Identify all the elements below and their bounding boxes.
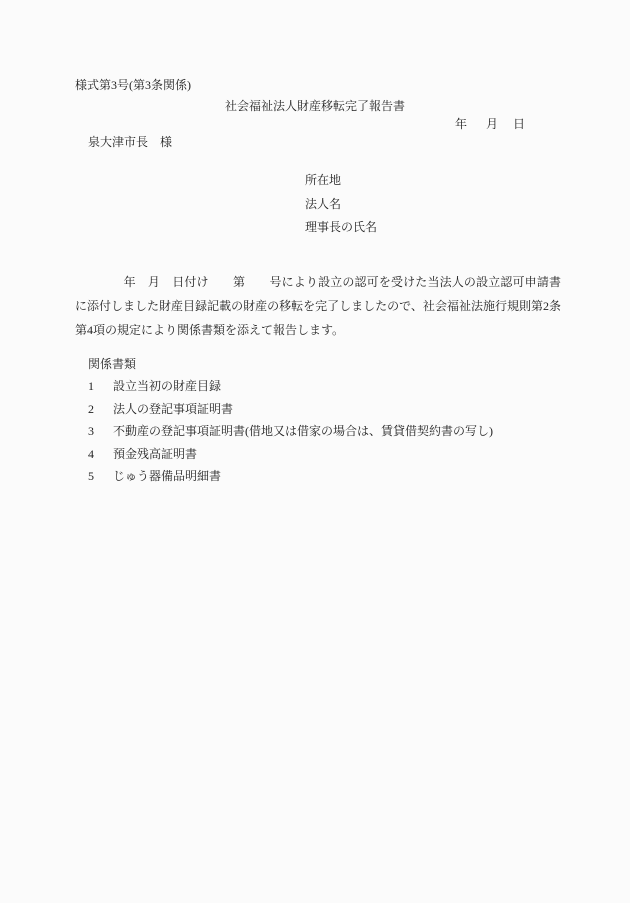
attachment-item-number: 2 [88,398,113,420]
attachment-item-text: 法人の登記事項証明書 [113,402,233,416]
attachment-item-text: 預金残高証明書 [113,447,197,461]
body-line-1: 年 月 日付け 第 号により設立の認可を受けた当法人の設立認可申請書 [75,271,561,295]
date-month-label: 月 [486,117,498,131]
president-name-label: 理事長の氏名 [305,216,377,240]
date-year-label: 年 [455,117,467,131]
attachment-item-text: 不動産の登記事項証明書(借地又は借家の場合は、賃貸借契約書の写し) [113,424,493,438]
attachment-item: 1設立当初の財産目録 [88,375,493,397]
attachment-item: 3不動産の登記事項証明書(借地又は借家の場合は、賃貸借契約書の写し) [88,420,493,442]
attachment-item-number: 3 [88,420,113,442]
attachment-item-text: じゅう器備品明細書 [113,469,221,483]
attachment-item-text: 設立当初の財産目録 [113,379,221,393]
body-line-2: に添付しました財産目録記載の財産の移転を完了しましたので、社会福祉法施行規則第2… [75,295,561,319]
form-number: 様式第3号(第3条関係) [75,76,191,93]
attachment-item: 2法人の登記事項証明書 [88,398,493,420]
attachments-section: 関係書類 1設立当初の財産目録 2法人の登記事項証明書 3不動産の登記事項証明書… [88,353,493,487]
addressee: 泉大津市長 様 [88,133,172,150]
attachment-item-number: 5 [88,465,113,487]
document-title: 社会福祉法人財産移転完了報告書 [0,97,630,114]
corporation-address-label: 所在地 [305,169,377,193]
attachment-item: 5じゅう器備品明細書 [88,465,493,487]
corporation-name-label: 法人名 [305,193,377,217]
attachment-item-number: 1 [88,375,113,397]
document-page: 様式第3号(第3条関係) 社会福祉法人財産移転完了報告書 年月日 泉大津市長 様… [0,0,630,903]
date-line: 年月日 [455,115,525,132]
date-day-label: 日 [513,117,525,131]
attachments-heading: 関係書類 [88,353,493,375]
attachment-item: 4預金残高証明書 [88,443,493,465]
body-paragraph: 年 月 日付け 第 号により設立の認可を受けた当法人の設立認可申請書 に添付しま… [75,271,561,343]
corporation-fields: 所在地 法人名 理事長の氏名 [305,169,377,240]
attachment-item-number: 4 [88,443,113,465]
body-line-3: 第4項の規定により関係書類を添えて報告します。 [75,319,561,343]
